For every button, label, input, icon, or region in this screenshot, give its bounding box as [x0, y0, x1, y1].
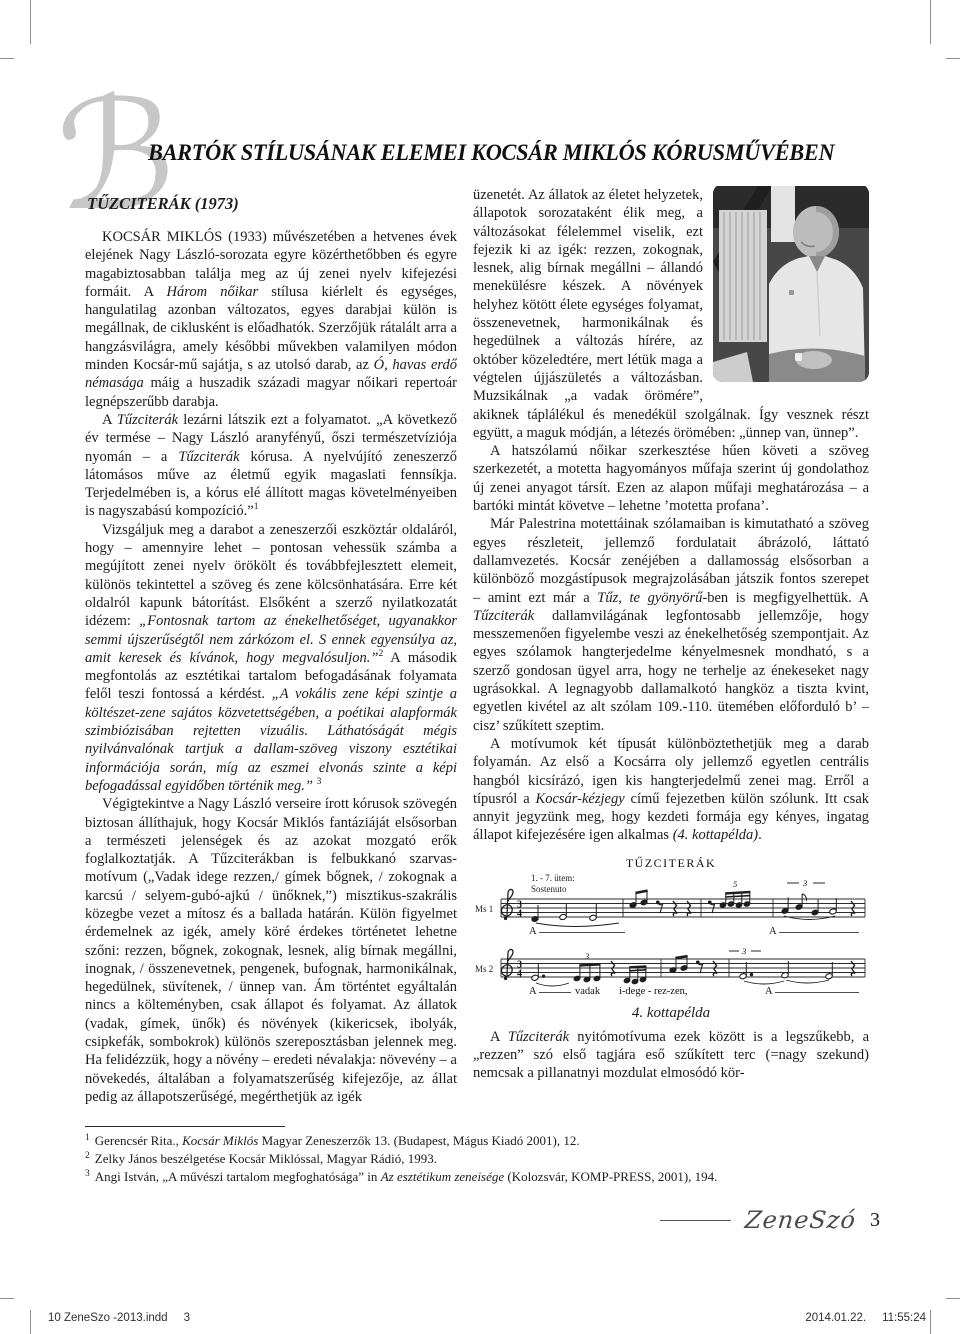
paragraph: A Tűzciterák lezárni látszik ezt a folya…: [85, 411, 457, 521]
lyric: vadak: [575, 986, 601, 997]
tuplet-5-label: 5: [733, 879, 737, 889]
paragraph: A motívumok két típusát különböztethetjü…: [473, 735, 869, 845]
paragraph: A Tűzciterák nyitómotívuma ezek között i…: [473, 1028, 869, 1083]
section-heading: TŰZCITERÁK (1973): [87, 194, 457, 214]
page-number: 3: [870, 1209, 880, 1232]
lyric: A: [765, 986, 773, 997]
treble-clef-icon: [502, 949, 513, 980]
crop-mark-top-left-h: [0, 58, 14, 59]
paragraph: Vizsgáljuk meg a darabot a zeneszerzői e…: [85, 521, 457, 795]
paragraph: KOCSÁR MIKLÓS (1933) művészetében a hetv…: [85, 228, 457, 411]
lyric: A: [529, 986, 537, 997]
score-measure-note: 1. - 7. ütem:: [531, 873, 575, 883]
paragraph: Végigtekintve a Nagy László verseire íro…: [85, 795, 457, 1106]
left-column: TŰZCITERÁK (1973) KOCSÁR MIKLÓS (1933) m…: [85, 194, 457, 1126]
slug-timestamp: 2014.01.22.11:55:24: [805, 1312, 926, 1324]
footnote: 1Gerencsér Rita., Kocsár Miklós Magyar Z…: [85, 1132, 735, 1150]
portrait-photo-image: [713, 186, 869, 382]
staff1-label: Ms 1: [475, 904, 493, 914]
footnotes: 1Gerencsér Rita., Kocsár Miklós Magyar Z…: [85, 1126, 735, 1186]
footnote-rule: [85, 1126, 285, 1127]
score-title: TŰZCITERÁK: [626, 856, 716, 870]
paragraph: Már Palestrina motettáinak szólamaiban i…: [473, 515, 869, 735]
slug-time: 11:55:24: [882, 1312, 926, 1324]
journal-page: ℬ BARTÓK STÍLUSÁNAK ELEMEI KOCSÁR MIKLÓS…: [0, 0, 960, 1334]
footnote: 2Zelky János beszélgetése Kocsár Miklóss…: [85, 1150, 735, 1168]
crop-mark-top-right-h: [946, 58, 960, 59]
score-notation: TŰZCITERÁK 1. - 7. ütem: Sostenuto Ms 1: [473, 855, 869, 1003]
crop-mark-top-left-v: [30, 0, 31, 44]
page-footer: ZeneSzó 3: [660, 1206, 880, 1234]
slug-filename: 10 ZeneSzo -2013.indd: [48, 1312, 168, 1324]
tuplet-3-label: 3: [802, 878, 807, 888]
lyric: A: [769, 926, 777, 937]
score-caption: 4. kottapélda: [473, 1005, 869, 1022]
portrait-photo: [713, 186, 869, 382]
journal-brand: ZeneSzó: [743, 1206, 857, 1234]
crop-mark-top-right-v: [930, 0, 931, 44]
right-column-continued: A Tűzciterák nyitómotívuma ezek között i…: [473, 1028, 869, 1083]
right-column: üzenetét. Az állatok az életet helyzetek…: [473, 186, 869, 1122]
crop-mark-bottom-left-v: [30, 1310, 31, 1334]
paragraph: A hatszólamú nőikar szerkesztése hűen kö…: [473, 442, 869, 515]
tuplet-3-label: 3: [584, 951, 589, 961]
crop-mark-bottom-right-h: [946, 1298, 960, 1299]
footer-rule: [660, 1220, 731, 1221]
time-sig-lower: 4: [517, 908, 522, 919]
slug-date: 2014.01.22.: [805, 1312, 866, 1324]
footnote: 3Angi István, „A művészi tartalom megfog…: [85, 1168, 735, 1186]
staff2-label: Ms 2: [475, 964, 493, 974]
lyric: A: [529, 926, 537, 937]
lyric: i-dege - rez-zen,: [619, 986, 688, 997]
music-example: TŰZCITERÁK 1. - 7. ütem: Sostenuto Ms 1: [473, 855, 869, 1022]
crop-mark-bottom-left-h: [0, 1298, 14, 1299]
tuplet-3-label: 3: [741, 946, 746, 956]
slug-filepage: 3: [184, 1312, 190, 1324]
article-title: BARTÓK STÍLUSÁNAK ELEMEI KOCSÁR MIKLÓS K…: [148, 140, 846, 166]
time-sig-lower: 4: [517, 968, 522, 979]
slug-file-info: 10 ZeneSzo -2013.indd3: [48, 1312, 190, 1324]
crop-mark-bottom-right-v: [930, 1310, 931, 1334]
score-tempo: Sostenuto: [531, 884, 567, 894]
treble-clef-icon: [502, 889, 513, 920]
left-column-body: KOCSÁR MIKLÓS (1933) művészetében a hetv…: [85, 228, 457, 1106]
footnote-list: 1Gerencsér Rita., Kocsár Miklós Magyar Z…: [85, 1132, 735, 1186]
